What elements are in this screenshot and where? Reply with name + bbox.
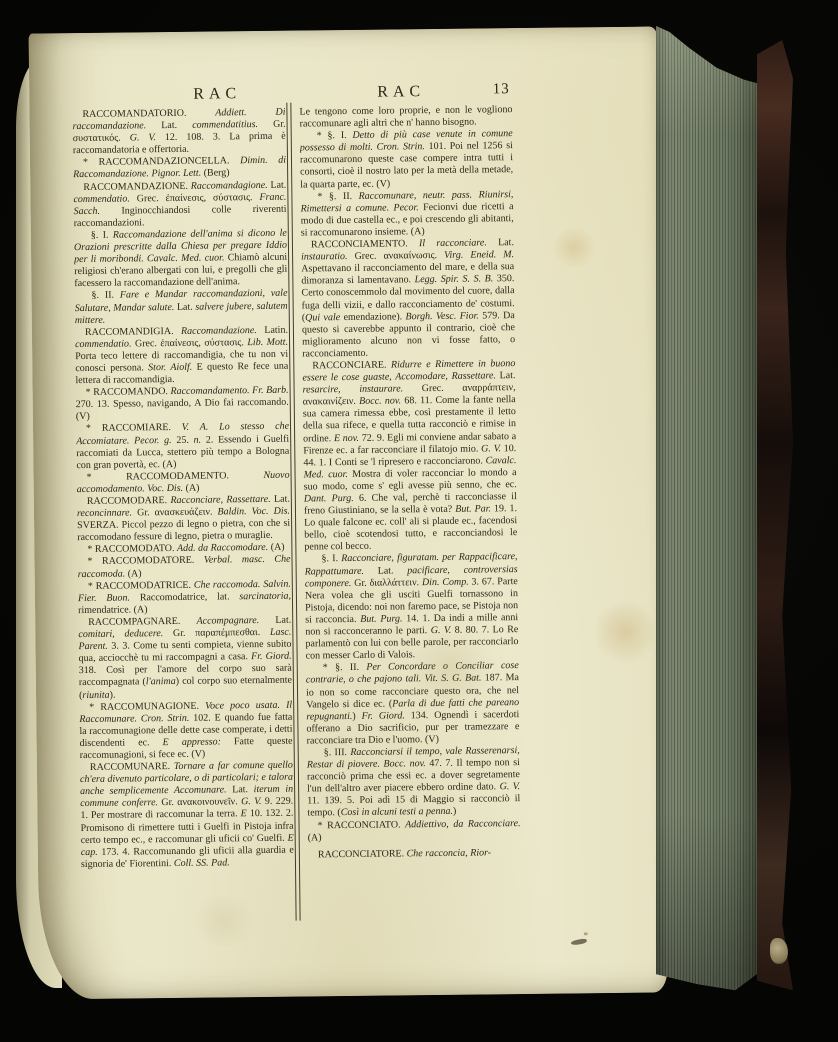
dictionary-entry: * RACCOMODATORE. Verbal. masc. Che racco… <box>77 554 290 581</box>
text-run: Coll. SS. Pad. <box>174 857 230 869</box>
text-run: Le tengono come loro proprie, e non le v… <box>299 104 512 130</box>
text-run: instauratio. <box>301 251 348 263</box>
text-run: commendatitius. <box>192 119 258 131</box>
text-run: Che raccomoda. <box>194 579 261 591</box>
text-run: Virg. Eneid. M. <box>444 249 514 261</box>
text-run: Accompagnare. <box>196 615 259 627</box>
text-run: * RACCOMODAMENTO. <box>87 470 264 483</box>
dictionary-entry: * §. II. Per Concordare o Conciliar cose… <box>306 660 520 747</box>
text-run: * §. II. <box>323 662 367 673</box>
text-run: ). <box>110 689 116 700</box>
text-run: Inginocchiandosi colle riverenti raccoma… <box>74 203 287 229</box>
dictionary-entry: * RACCOMANDO. Raccomandamento. Fr. Barb.… <box>76 385 289 424</box>
text-run: Latin. <box>257 324 288 335</box>
ink-speck <box>584 932 588 935</box>
dictionary-entry: * §. II. Raccomunare, neutr. pass. Riuni… <box>300 189 514 240</box>
text-run: Qui vale <box>305 312 340 323</box>
text-run: Lib. Mott. <box>247 336 288 347</box>
text-run: §. I. <box>91 230 113 241</box>
text-run: Raccomodatrice, lat. <box>130 591 240 603</box>
text-run: (A) <box>308 832 322 843</box>
text-run: Addiettivo, da Racconciare. <box>405 818 521 830</box>
text-run: * RACCOMANDAZIONCELLA. <box>83 156 240 169</box>
book-photo: RAC RAC 13 RACCOMANDATORIO. Addiett. Di … <box>0 0 838 1042</box>
text-run: Gr. ανασκευάζειν. <box>132 507 218 519</box>
text-run: 25. <box>172 434 194 445</box>
text-run: * §. I. <box>317 130 353 141</box>
running-head-right: RAC <box>311 82 491 102</box>
ink-speck <box>571 938 588 945</box>
text-run: Bocc. nov. <box>359 396 401 407</box>
dictionary-entry: RACCOMODARE. Racconciare, Rassettare. La… <box>77 494 291 545</box>
dictionary-entry: * RACCOMUNAGIONE. Voce poco usata. Il Ra… <box>79 699 293 762</box>
text-run: But. Purg. <box>360 613 402 624</box>
text-run: G. V. <box>241 796 262 807</box>
text-run: l'anima <box>146 676 176 687</box>
text-run: riunita <box>82 689 109 700</box>
text-run: Il racconciare. <box>419 237 487 249</box>
dictionary-entry: * RACCOMODAMENTO. Nuovo accomodamento. V… <box>77 469 290 496</box>
text-column-right: Le tengono come loro proprie, e non le v… <box>299 104 522 952</box>
text-run: (A) <box>125 568 142 579</box>
text-run: Borgh. Vesc. Fior. <box>405 310 478 322</box>
text-run: RACCOMANDIGIA. <box>85 326 181 338</box>
text-run: Din. Comp. <box>422 576 469 588</box>
dictionary-entry: RACCOMANDATORIO. Addiett. Di raccomandaz… <box>72 107 286 158</box>
text-run: Racconciare, Rassettare. <box>170 494 270 506</box>
text-run: SVERZA. Piccol pezzo di legno o pietra, … <box>77 518 290 544</box>
text-run: G. V. <box>130 132 156 143</box>
text-run: * RACCOMUNAGIONE. <box>89 700 205 712</box>
text-run: E nov. <box>334 432 359 443</box>
text-run: RACCOMUNARE. <box>90 761 174 773</box>
text-run: resarcire, instaurare. <box>303 384 404 396</box>
dictionary-entry: RACCOMPAGNARE. Accompagnare. Lat. comita… <box>78 615 292 702</box>
text-run: RACCOMODARE. <box>87 495 171 507</box>
dictionary-entry: §. I. Racconciare, figuratam. per Rappac… <box>304 552 518 663</box>
text-run: Grec. ἐπαίνεσις, σύστασις. <box>131 337 247 349</box>
text-run: Lat. <box>364 565 407 576</box>
text-run: Stor. Aiolf. <box>148 362 192 374</box>
text-run: comitari, deducere. <box>78 628 163 640</box>
text-run: Gr. διαλλάττειν. <box>351 577 422 589</box>
text-run: 270. 13. Spesso, navigando, A Dio fai ra… <box>76 397 289 423</box>
text-run: Bocc. nov. <box>383 758 425 769</box>
text-run: Lat. <box>227 784 254 795</box>
dictionary-entry: Le tengono come loro proprie, e non le v… <box>299 104 512 131</box>
dictionary-entry: RACCOMUNARE. Tornare a far comune quello… <box>80 760 294 871</box>
text-run: Lat. <box>496 370 516 381</box>
text-run: reconcinnare. <box>77 508 132 520</box>
text-run: rimendatrice. (A) <box>78 604 148 616</box>
dictionary-entry: RACCONCIARE. Ridurre e Rimettere in buon… <box>302 358 517 554</box>
text-run: Fr. Giord. <box>251 651 292 662</box>
text-run: E appresso: <box>163 736 221 748</box>
text-run: sarcinatoria, <box>239 590 291 602</box>
text-run: G. V. <box>431 625 452 636</box>
text-run: Lat. <box>174 301 195 312</box>
text-run: (A) <box>268 542 285 553</box>
text-run: Così in alcuni testi a penna. <box>341 806 453 818</box>
book-page: RAC RAC 13 RACCOMANDATORIO. Addiett. Di … <box>29 26 668 999</box>
text-run: Grec. ἐπαίνεσις, σύστασις. <box>130 192 260 204</box>
page-number: 13 <box>481 81 521 98</box>
text-run: §. III. <box>324 747 351 758</box>
text-run: Raccomandazione. <box>181 325 257 337</box>
text-run: G. V. <box>500 781 521 792</box>
text-run: Fr. Giord. <box>361 710 404 721</box>
text-run: commendatio. <box>73 193 130 205</box>
text-run: n. <box>194 434 202 445</box>
dictionary-entry: RACCONCIATORE. Che racconcia, Rior- <box>308 847 521 862</box>
text-run: (A) <box>183 483 200 494</box>
dictionary-entry: * RACCOMANDAZIONCELLA. Dimin. di Raccoma… <box>73 155 286 182</box>
dictionary-entry: §. II. Fare e Mandar raccomandazioni, va… <box>74 288 287 327</box>
dictionary-entry: RACCOMANDIGIA. Raccomandazione. Latin. c… <box>75 324 289 387</box>
dictionary-entry: * RACCOMIARE. V. A. Lo stesso che Accomi… <box>76 421 290 472</box>
text-run: emendazione). <box>340 311 405 323</box>
text-run: * RACCONCIATO. <box>317 819 405 831</box>
text-run: Legg. Spir. S. S. B. <box>415 274 494 286</box>
book-cover-edge <box>757 40 793 1000</box>
text-column-left: RACCOMANDATORIO. Addiett. Di raccomandaz… <box>72 107 295 955</box>
text-run: RACCONCIARE. <box>312 359 391 371</box>
dictionary-entry: §. I. Raccomandazione dell'anima si dico… <box>74 228 288 291</box>
text-run: Baldin. Voc. Dis. <box>217 506 290 518</box>
foxing-stain <box>595 597 656 668</box>
text-run: * RACCOMANDO. <box>86 386 171 398</box>
text-run: * RACCOMIARE. <box>86 422 182 434</box>
dictionary-entry: RACCOMANDAZIONE. Raccomandagione. Lat. c… <box>73 179 287 230</box>
text-run: * RACCOMODATRICE. <box>88 579 194 591</box>
text-run: * RACCOMODATORE. <box>87 555 203 567</box>
text-run: G. V. <box>481 443 501 454</box>
text-run: Lat. <box>259 615 291 626</box>
text-run: Lat. <box>268 179 287 190</box>
book-headband <box>770 938 788 964</box>
text-run: Gr. ανακοινουνεῖν. <box>158 797 241 809</box>
text-run: Gr. παραπέμπεσθαι. <box>163 627 270 639</box>
text-run: Dant. Purg. <box>304 493 354 505</box>
text-run: RACCOMPAGNARE. <box>88 616 196 628</box>
dictionary-entry: * RACCOMODATRICE. Che raccomoda. Salvin.… <box>78 578 291 617</box>
text-run: RACCOMANDATORIO. <box>82 107 215 120</box>
text-run: (Berg) <box>201 168 230 179</box>
text-run: * RACCOMODATO. <box>87 543 177 555</box>
text-run: ) <box>352 711 361 722</box>
dictionary-entry: * §. I. Detto di più case venute in comu… <box>300 128 514 191</box>
text-run: Lat. <box>271 494 290 505</box>
text-run: RACCONCIAMENTO. <box>311 238 419 250</box>
text-run: Raccomandagione. <box>191 179 268 191</box>
text-run: §. II. <box>91 290 119 301</box>
text-run: Raccomandamento. Fr. Barb. <box>170 385 288 397</box>
text-run: Add. da Raccomodare. <box>177 542 268 554</box>
dictionary-entry: §. III. Racconciarsi il tempo, vale Rass… <box>307 745 521 820</box>
text-run: §. I. <box>321 554 341 565</box>
text-run: Lat. <box>487 237 514 248</box>
book-fore-edge <box>656 16 766 1012</box>
text-run: RACCOMANDAZIONE. <box>83 180 191 192</box>
dictionary-entry: RACCONCIAMENTO. Il racconciare. Lat. ins… <box>301 237 515 360</box>
foxing-stain <box>551 227 597 268</box>
text-run: Lat. <box>146 120 192 132</box>
text-run: commendatio. <box>75 338 132 350</box>
text-run: But. Par. <box>455 503 491 514</box>
text-run: ) <box>453 806 456 817</box>
text-run: Che racconcia, Rior- <box>407 847 492 859</box>
dictionary-entry: * RACCONCIATO. Addiettivo, da Racconciar… <box>307 818 520 845</box>
running-head-left: RAC <box>117 84 317 104</box>
text-run: Grec. ανακαίνωσις. <box>347 250 444 262</box>
text-run: * §. II. <box>317 191 358 202</box>
text-run: RACCONCIATORE. <box>318 848 407 860</box>
